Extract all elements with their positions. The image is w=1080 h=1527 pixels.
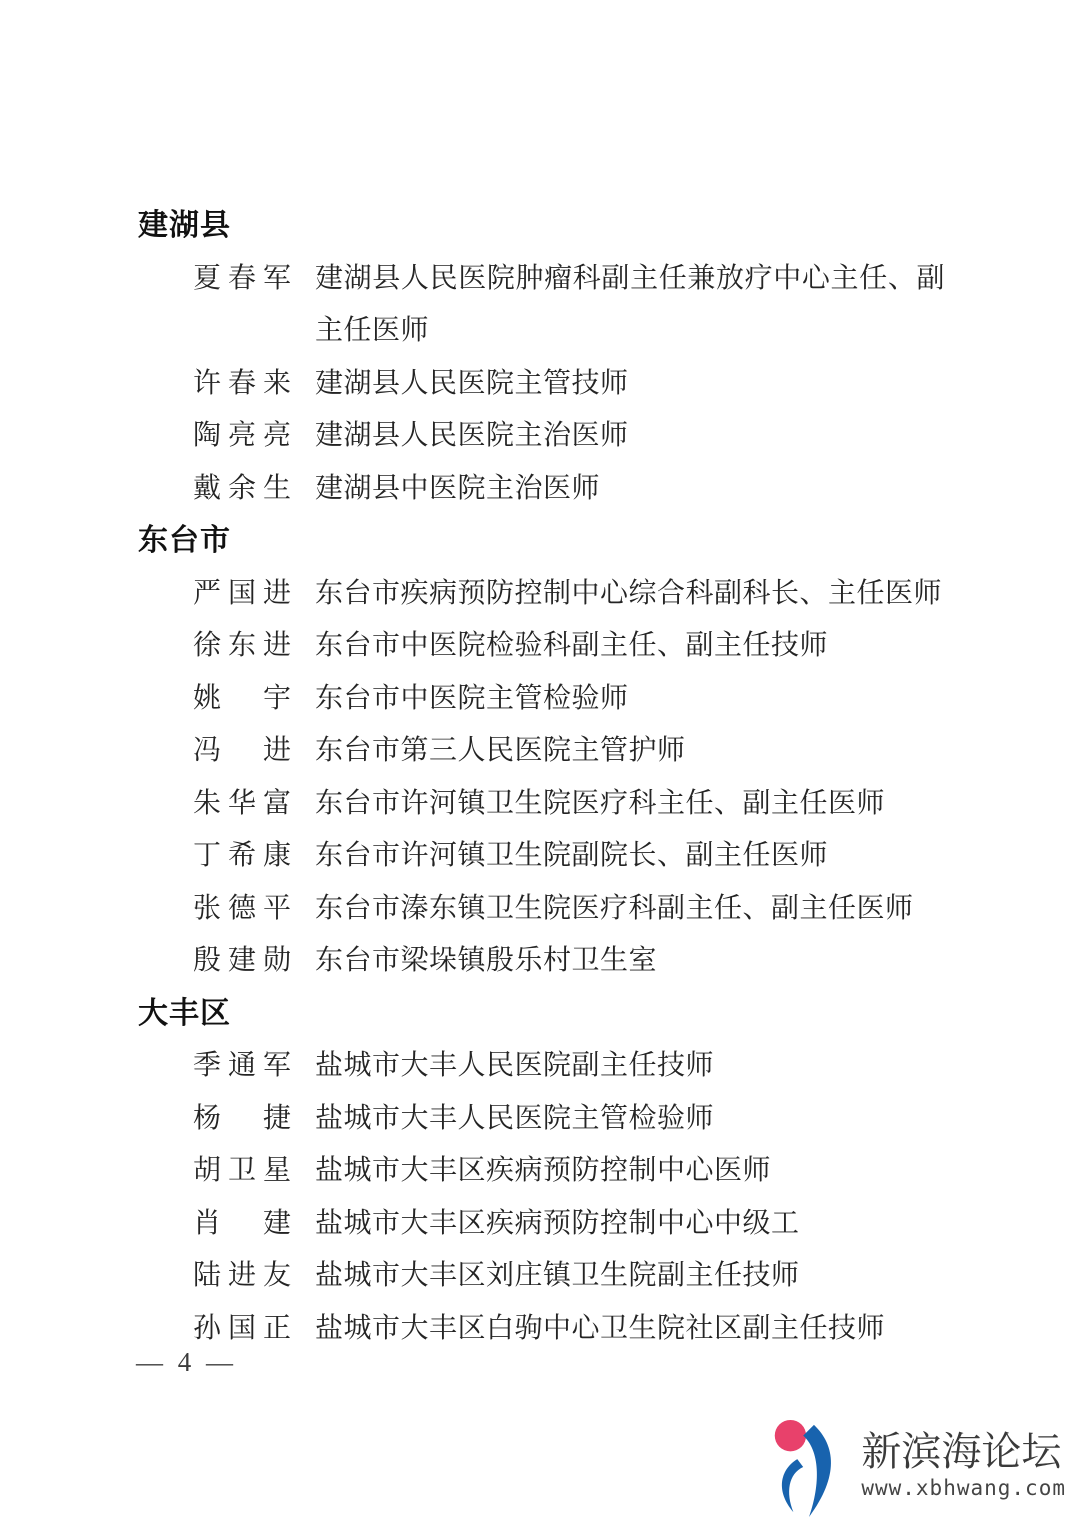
honoree-row: 孙国正盐城市大丰区白驹中心卫生院社区副主任技师 — [138, 1303, 945, 1356]
honoree-title: 盐城市大丰区疾病预防控制中心医师 — [315, 1145, 945, 1198]
honoree-title: 东台市疾病预防控制中心综合科副科长、主任医师 — [315, 568, 945, 621]
district-section: 建湖县夏春军建湖县人民医院肿瘤科副主任兼放疗中心主任、副主任医师许春来建湖县人民… — [138, 200, 945, 515]
honoree-row: 戴余生建湖县中医院主治医师 — [138, 463, 945, 516]
honoree-title: 东台市许河镇卫生院副院长、副主任医师 — [315, 830, 945, 883]
honoree-row: 朱华富东台市许河镇卫生院医疗科主任、副主任医师 — [138, 778, 945, 831]
honoree-title: 盐城市大丰人民医院主管检验师 — [315, 1093, 945, 1146]
honoree-title: 建湖县人民医院肿瘤科副主任兼放疗中心主任、副主任医师 — [315, 253, 945, 358]
honoree-title: 东台市中医院主管检验师 — [315, 673, 945, 726]
honoree-name: 许春来 — [193, 358, 291, 411]
honor-list: 建湖县夏春军建湖县人民医院肿瘤科副主任兼放疗中心主任、副主任医师许春来建湖县人民… — [138, 200, 945, 1355]
honoree-name: 陶亮亮 — [193, 410, 291, 463]
xbhwang-logo-icon — [763, 1413, 861, 1521]
honoree-name: 姚宇 — [193, 673, 291, 726]
logo-large-swoosh — [804, 1425, 832, 1517]
honoree-title: 东台市中医院检验科副主任、副主任技师 — [315, 620, 945, 673]
district-section: 大丰区季通军盐城市大丰人民医院副主任技师杨捷盐城市大丰人民医院主管检验师胡卫星盐… — [138, 988, 945, 1356]
logo-dot — [775, 1420, 806, 1451]
honoree-title: 建湖县人民医院主治医师 — [315, 410, 945, 463]
section-heading: 大丰区 — [138, 988, 945, 1041]
watermark-site-name: 新滨海论坛 — [861, 1429, 1066, 1475]
honoree-row: 夏春军建湖县人民医院肿瘤科副主任兼放疗中心主任、副主任医师 — [138, 253, 945, 358]
honoree-title: 盐城市大丰人民医院副主任技师 — [315, 1040, 945, 1093]
honoree-name: 杨捷 — [193, 1093, 291, 1146]
honoree-row: 姚宇东台市中医院主管检验师 — [138, 673, 945, 726]
honoree-name: 胡卫星 — [193, 1145, 291, 1198]
logo-small-swoosh — [782, 1459, 803, 1512]
honoree-name: 季通军 — [193, 1040, 291, 1093]
honoree-row: 冯进东台市第三人民医院主管护师 — [138, 725, 945, 778]
honoree-row: 肖建盐城市大丰区疾病预防控制中心中级工 — [138, 1198, 945, 1251]
honoree-title: 建湖县人民医院主管技师 — [315, 358, 945, 411]
document-page: 建湖县夏春军建湖县人民医院肿瘤科副主任兼放疗中心主任、副主任医师许春来建湖县人民… — [0, 0, 1080, 1527]
watermark-text: 新滨海论坛 www.xbhwang.com — [861, 1429, 1066, 1505]
honoree-title: 东台市第三人民医院主管护师 — [315, 725, 945, 778]
honoree-title: 盐城市大丰区白驹中心卫生院社区副主任技师 — [315, 1303, 945, 1356]
honoree-row: 陶亮亮建湖县人民医院主治医师 — [138, 410, 945, 463]
honoree-name: 徐东进 — [193, 620, 291, 673]
honoree-row: 杨捷盐城市大丰人民医院主管检验师 — [138, 1093, 945, 1146]
watermark: 新滨海论坛 www.xbhwang.com — [763, 1413, 1066, 1521]
honoree-name: 丁希康 — [193, 830, 291, 883]
honoree-title: 东台市溱东镇卫生院医疗科副主任、副主任医师 — [315, 883, 945, 936]
honoree-name: 肖建 — [193, 1198, 291, 1251]
honoree-title: 东台市许河镇卫生院医疗科主任、副主任医师 — [315, 778, 945, 831]
honoree-title: 建湖县中医院主治医师 — [315, 463, 945, 516]
honoree-row: 张德平东台市溱东镇卫生院医疗科副主任、副主任医师 — [138, 883, 945, 936]
honoree-row: 陆进友盐城市大丰区刘庄镇卫生院副主任技师 — [138, 1250, 945, 1303]
watermark-site-url: www.xbhwang.com — [861, 1475, 1066, 1501]
honoree-row: 丁希康东台市许河镇卫生院副院长、副主任医师 — [138, 830, 945, 883]
honoree-name: 张德平 — [193, 883, 291, 936]
section-heading: 东台市 — [138, 515, 945, 568]
honoree-row: 殷建勋东台市梁垛镇殷乐村卫生室 — [138, 935, 945, 988]
honoree-row: 许春来建湖县人民医院主管技师 — [138, 358, 945, 411]
honoree-name: 朱华富 — [193, 778, 291, 831]
section-heading: 建湖县 — [138, 200, 945, 253]
honoree-row: 季通军盐城市大丰人民医院副主任技师 — [138, 1040, 945, 1093]
honoree-name: 戴余生 — [193, 463, 291, 516]
honoree-name: 夏春军 — [193, 253, 291, 306]
honoree-name: 陆进友 — [193, 1250, 291, 1303]
honoree-row: 徐东进东台市中医院检验科副主任、副主任技师 — [138, 620, 945, 673]
honoree-title: 盐城市大丰区刘庄镇卫生院副主任技师 — [315, 1250, 945, 1303]
honoree-name: 冯进 — [193, 725, 291, 778]
honoree-title: 东台市梁垛镇殷乐村卫生室 — [315, 935, 945, 988]
honoree-row: 胡卫星盐城市大丰区疾病预防控制中心医师 — [138, 1145, 945, 1198]
honoree-title: 盐城市大丰区疾病预防控制中心中级工 — [315, 1198, 945, 1251]
district-section: 东台市严国进东台市疾病预防控制中心综合科副科长、主任医师徐东进东台市中医院检验科… — [138, 515, 945, 988]
honoree-name: 殷建勋 — [193, 935, 291, 988]
honoree-name: 严国进 — [193, 568, 291, 621]
page-number: — 4 — — [136, 1346, 237, 1378]
honoree-row: 严国进东台市疾病预防控制中心综合科副科长、主任医师 — [138, 568, 945, 621]
